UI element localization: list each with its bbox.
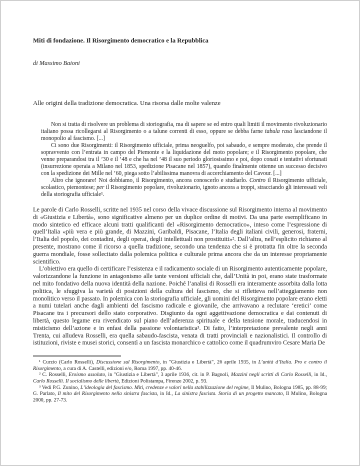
author-byline: di Massimo Baioni bbox=[33, 60, 327, 68]
page-sheet: Miti di fondazione. Il Risorgimento demo… bbox=[0, 0, 360, 466]
quote-paragraph: Altro che ignorare! Noi dobbiamo, il Ris… bbox=[41, 177, 327, 198]
page-content: Miti di fondazione. Il Risorgimento demo… bbox=[0, 0, 360, 404]
body-paragraph: Le parole di Carlo Rosselli, scritte nel… bbox=[33, 206, 327, 265]
body-paragraph: L’obiettivo era quello di certificare l’… bbox=[33, 265, 327, 346]
section-heading: Alle origini della tradizione democratic… bbox=[33, 100, 327, 108]
quote-paragraph: Ci sono due Risorgimenti: il Risorgiment… bbox=[41, 142, 327, 177]
footnotes-section: ¹ Curzio (Carlo Rosselli), Discussione s… bbox=[33, 360, 327, 404]
document-page: Miti di fondazione. Il Risorgimento demo… bbox=[0, 0, 360, 466]
footnote-2: ² C. Rosselli, Eroismo assoluto, in "Giu… bbox=[33, 372, 327, 385]
footnote-separator bbox=[33, 356, 121, 357]
paper-title: Miti di fondazione. Il Risorgimento demo… bbox=[33, 37, 327, 45]
block-quote: Non si tratta di risolvere un problema d… bbox=[41, 121, 327, 198]
footnote-1: ¹ Curzio (Carlo Rosselli), Discussione s… bbox=[33, 360, 327, 373]
footnote-3: ³ Vedi P.G. Zunino, L’ideologia del fasc… bbox=[33, 385, 327, 404]
quote-paragraph: Non si tratta di risolvere un problema d… bbox=[41, 121, 327, 142]
